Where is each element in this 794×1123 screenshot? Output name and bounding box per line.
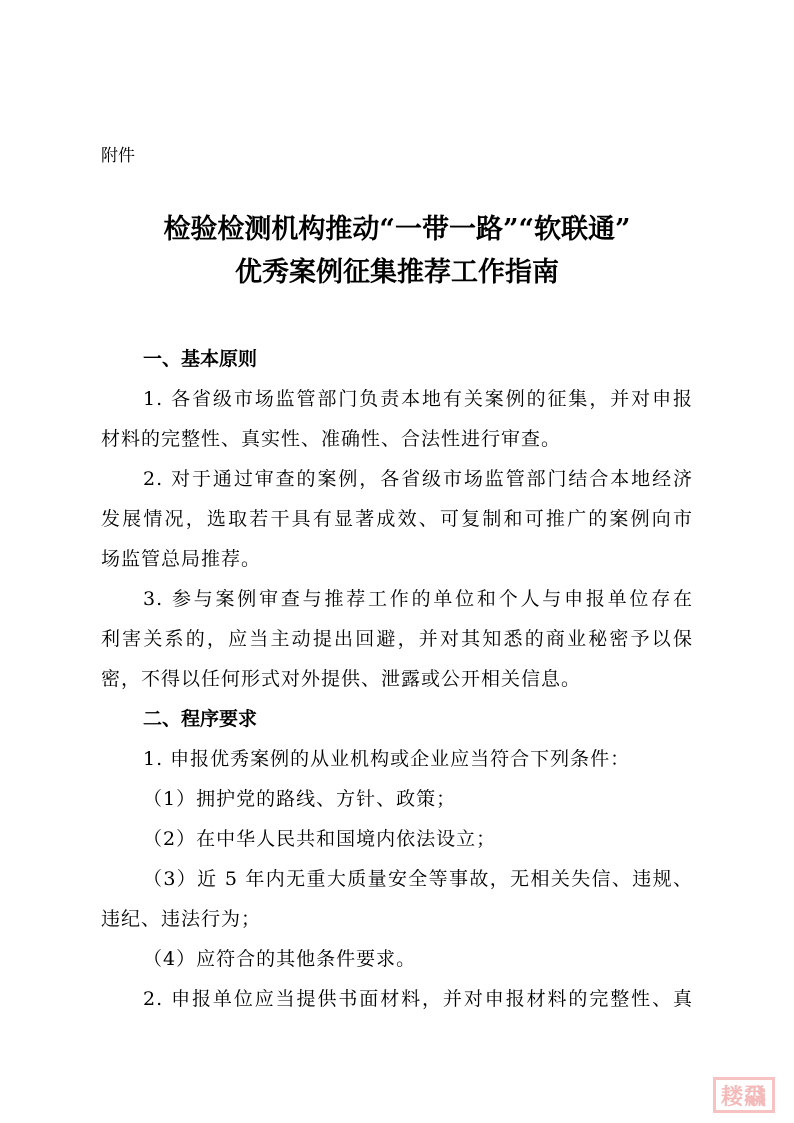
paragraph-line: 2. 对于通过审查的案例，各省级市场监管部门结合本地经济 [101, 459, 693, 499]
list-item-condition-3: （3）近 5 年内无重大质量安全等事故，无相关失信、违规、 [101, 859, 693, 899]
document-title-line-1: 检验检测机构推动“一带一路”“软联通” [0, 212, 794, 248]
section-heading-principles: 一、基本原则 [101, 339, 693, 379]
paragraph-line: 材料的完整性、真实性、准确性、合法性进行审查。 [101, 419, 693, 459]
paragraph-line: 发展情况，选取若干具有显著成效、可复制和可推广的案例向市 [101, 499, 693, 539]
paragraph-line: 1. 申报优秀案例的从业机构或企业应当符合下列条件： [101, 739, 693, 779]
paragraph-line: 3. 参与案例审查与推荐工作的单位和个人与申报单位存在 [101, 579, 693, 619]
attachment-label: 附件 [101, 144, 135, 168]
section-heading-procedure: 二、程序要求 [101, 699, 693, 739]
paragraph-line: 利害关系的，应当主动提出回避，并对其知悉的商业秘密予以保 [101, 619, 693, 659]
document-title-line-2: 优秀案例征集推荐工作指南 [0, 255, 794, 291]
paragraph-line: 2. 申报单位应当提供书面材料，并对申报材料的完整性、真 [101, 979, 693, 1019]
document-body: 一、基本原则 1. 各省级市场监管部门负责本地有关案例的征集，并对申报 材料的完… [101, 339, 693, 1019]
list-item-condition-4: （4）应符合的其他条件要求。 [101, 939, 693, 979]
document-page: 附件 检验检测机构推动“一带一路”“软联通” 优秀案例征集推荐工作指南 一、基本… [0, 0, 794, 1123]
list-item-condition-1: （1）拥护党的路线、方针、政策； [101, 779, 693, 819]
paragraph-line: 场监管总局推荐。 [101, 539, 693, 579]
list-item-condition-3-cont: 违纪、违法行为； [101, 899, 693, 939]
paragraph-line: 密，不得以任何形式对外提供、泄露或公开相关信息。 [101, 659, 693, 699]
watermark-seal-icon: 耧飝 [713, 1077, 775, 1113]
list-item-condition-2: （2）在中华人民共和国境内依法设立； [101, 819, 693, 859]
paragraph-line: 1. 各省级市场监管部门负责本地有关案例的征集，并对申报 [101, 379, 693, 419]
